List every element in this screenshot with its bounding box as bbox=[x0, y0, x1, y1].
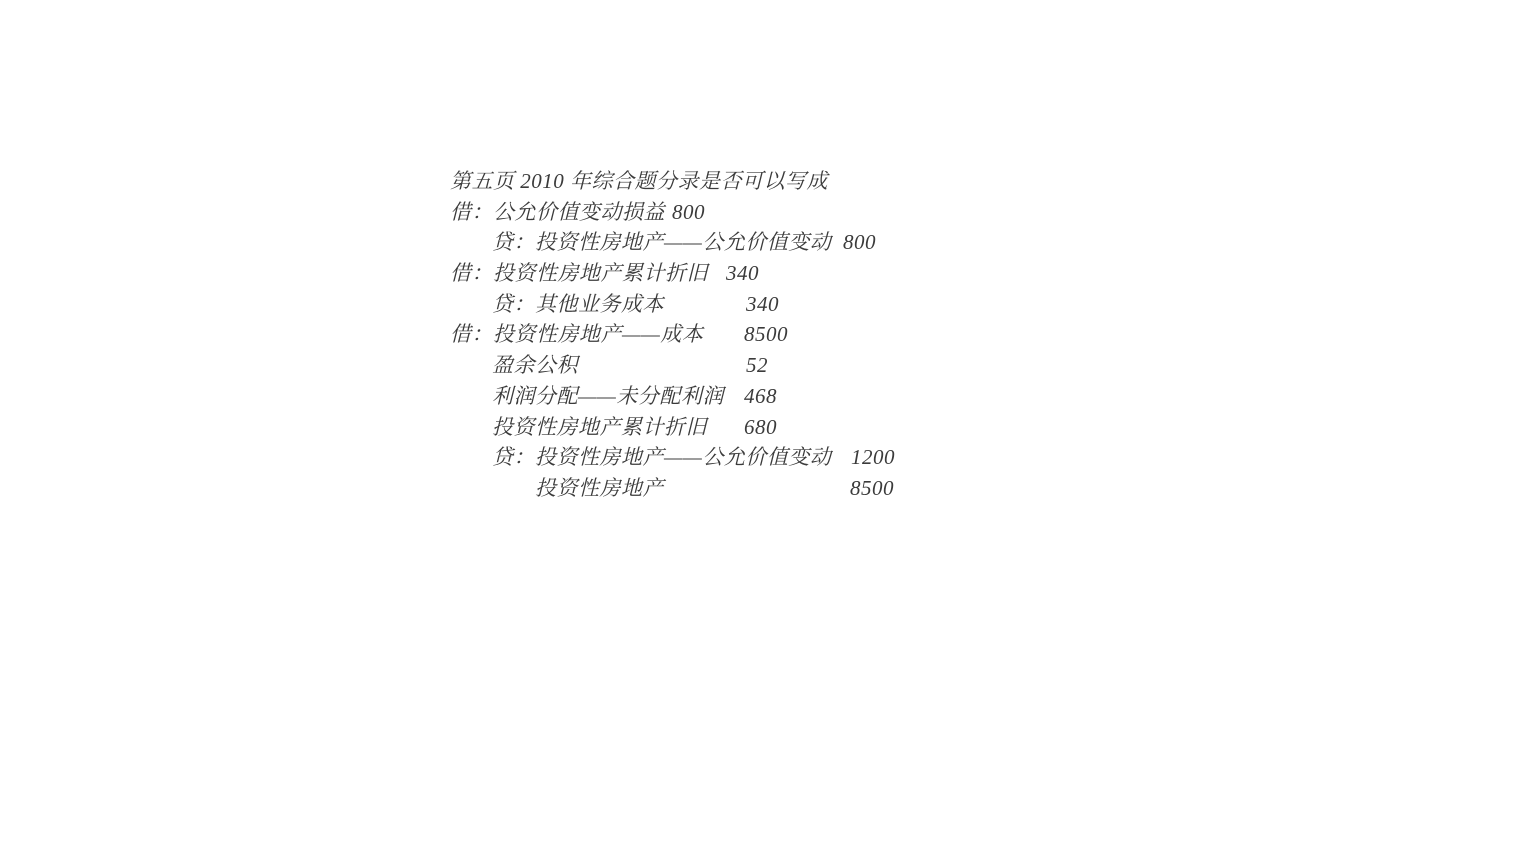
entry-text: 借：投资性房地产——成本 bbox=[450, 319, 703, 350]
entry-text: 利润分配——未分配利润 bbox=[492, 381, 724, 412]
journal-line: 贷：投资性房地产——公允价值变动800 bbox=[450, 227, 970, 258]
journal-line: 贷：投资性房地产——公允价值变动1200 bbox=[450, 442, 970, 473]
journal-line: 利润分配——未分配利润468 bbox=[450, 381, 970, 412]
entry-amount: 8500 bbox=[850, 473, 894, 504]
entry-amount: 800 bbox=[843, 227, 876, 258]
document-page: 第五页 2010 年综合题分录是否可以写成 借：公允价值变动损益800贷：投资性… bbox=[0, 0, 1536, 864]
journal-line: 借：投资性房地产累计折旧340 bbox=[450, 258, 970, 289]
journal-entries-block: 第五页 2010 年综合题分录是否可以写成 借：公允价值变动损益800贷：投资性… bbox=[450, 166, 970, 504]
journal-line: 借：投资性房地产——成本8500 bbox=[450, 319, 970, 350]
entry-text: 投资性房地产 bbox=[535, 473, 664, 504]
document-title: 第五页 2010 年综合题分录是否可以写成 bbox=[450, 166, 970, 197]
entry-text: 贷：投资性房地产——公允价值变动 bbox=[492, 227, 831, 258]
journal-line: 投资性房地产8500 bbox=[450, 473, 970, 504]
entry-text: 投资性房地产累计折旧 bbox=[492, 412, 707, 443]
entry-text: 贷：其他业务成本 bbox=[492, 289, 664, 320]
entry-amount: 800 bbox=[672, 197, 705, 228]
entry-amount: 340 bbox=[746, 289, 779, 320]
entry-text: 借：投资性房地产累计折旧 bbox=[450, 258, 708, 289]
entry-text: 贷：投资性房地产——公允价值变动 bbox=[492, 442, 831, 473]
entry-amount: 1200 bbox=[851, 442, 895, 473]
entry-text: 盈余公积 bbox=[492, 350, 578, 381]
journal-line: 投资性房地产累计折旧680 bbox=[450, 412, 970, 443]
journal-line: 盈余公积52 bbox=[450, 350, 970, 381]
entry-amount: 680 bbox=[744, 412, 777, 443]
journal-lines: 借：公允价值变动损益800贷：投资性房地产——公允价值变动800借：投资性房地产… bbox=[450, 197, 970, 504]
entry-text: 借：公允价值变动损益 bbox=[450, 197, 665, 228]
entry-amount: 52 bbox=[746, 350, 768, 381]
entry-amount: 468 bbox=[744, 381, 777, 412]
entry-amount: 340 bbox=[726, 258, 759, 289]
entry-amount: 8500 bbox=[744, 319, 788, 350]
journal-line: 贷：其他业务成本340 bbox=[450, 289, 970, 320]
journal-line: 借：公允价值变动损益800 bbox=[450, 197, 970, 228]
